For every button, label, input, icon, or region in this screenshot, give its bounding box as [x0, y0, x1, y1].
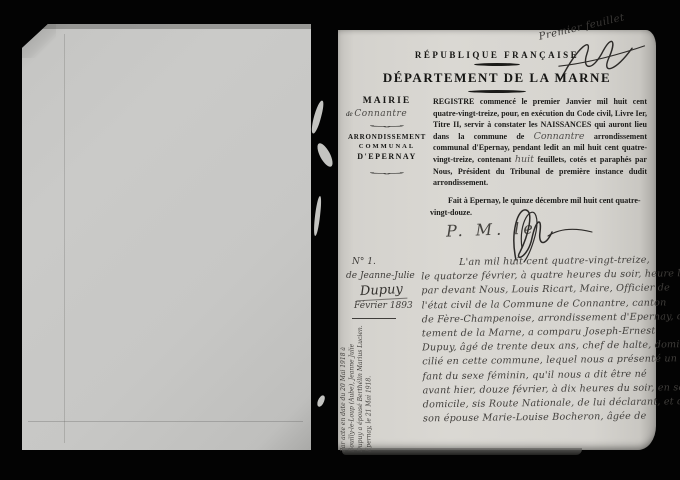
republique-title: RÉPUBLIQUE FRANÇAISE	[338, 50, 656, 60]
act-margin-date: Février 1893	[354, 301, 413, 311]
mairie-label: MAIRIE	[346, 96, 428, 106]
arrondissement-label: ARRONDISSEMENT	[346, 133, 428, 141]
page-crease	[28, 421, 303, 422]
scanned-register-photo: Premier feuillet RÉPUBLIQUE FRANÇAISE DÉ…	[0, 0, 680, 480]
feuillets-count-handwritten: huit	[515, 154, 534, 165]
mairie-de-label: de	[346, 110, 353, 118]
binding-thread-mark	[310, 100, 325, 135]
left-blank-page	[22, 24, 311, 450]
margin-rule	[352, 318, 396, 319]
binding-thread-mark	[314, 141, 335, 169]
act-margin-surname: Dupuy	[356, 282, 408, 302]
birth-act-text: L'an mil huit cent quatre-vingt-treize, …	[421, 255, 655, 428]
binding-thread-mark	[316, 394, 326, 407]
page-corner-fold	[22, 24, 56, 58]
page-stack-edge	[342, 448, 582, 455]
marriage-margin-note: Par acte en date du 20 Mai 1918 à Bouill…	[340, 324, 392, 452]
mairie-block: MAIRIE de Connantre ⏟ ARRONDISSEMENT COM…	[346, 96, 428, 174]
decorative-rule	[468, 90, 526, 93]
act-number: N° 1.	[352, 257, 376, 267]
register-title-page: Premier feuillet RÉPUBLIQUE FRANÇAISE DÉ…	[338, 30, 656, 450]
page-crease	[64, 34, 65, 443]
epernay-label: D'EPERNAY	[346, 152, 428, 161]
register-opening-paragraph: REGISTRE commencé le premier Janvier mil…	[433, 96, 647, 189]
departement-title: DÉPARTEMENT DE LA MARNE	[338, 70, 656, 86]
act-line: son épouse Marie-Louise Bocheron, âgée d…	[423, 411, 655, 428]
act-margin-name: de Jeanne-Julie	[346, 271, 415, 281]
commune-handwritten: Connantre	[534, 131, 585, 142]
binding-thread-mark	[313, 196, 322, 236]
page-top-edge	[22, 24, 311, 29]
communal-label: COMMUNAL	[346, 143, 428, 150]
decorative-rule	[474, 63, 520, 66]
